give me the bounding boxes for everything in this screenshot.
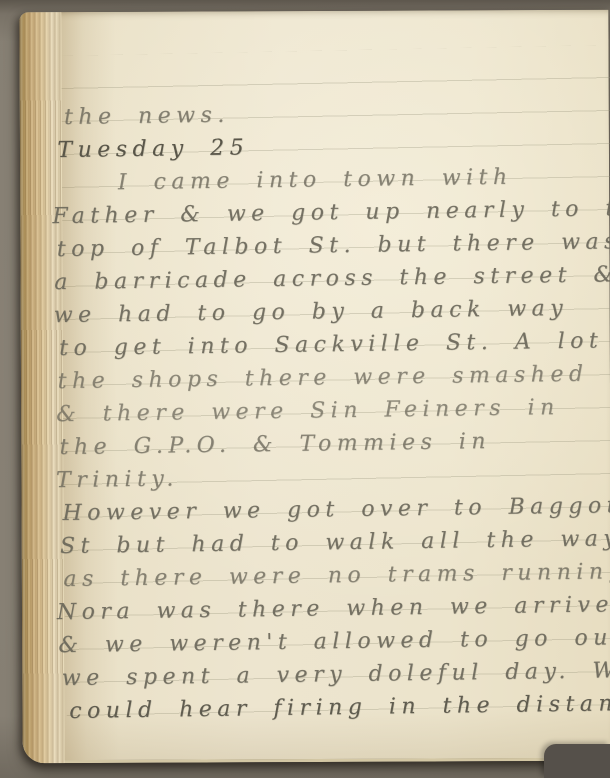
notebook-page: the news. Tuesday 25 I came into town wi… <box>19 10 610 764</box>
photo-backdrop: the news. Tuesday 25 I came into town wi… <box>0 0 610 778</box>
handwriting-line: I came into town with <box>118 159 610 199</box>
handwriting-block: the news. Tuesday 25 I came into town wi… <box>50 93 610 728</box>
book-cover-corner <box>544 744 610 778</box>
